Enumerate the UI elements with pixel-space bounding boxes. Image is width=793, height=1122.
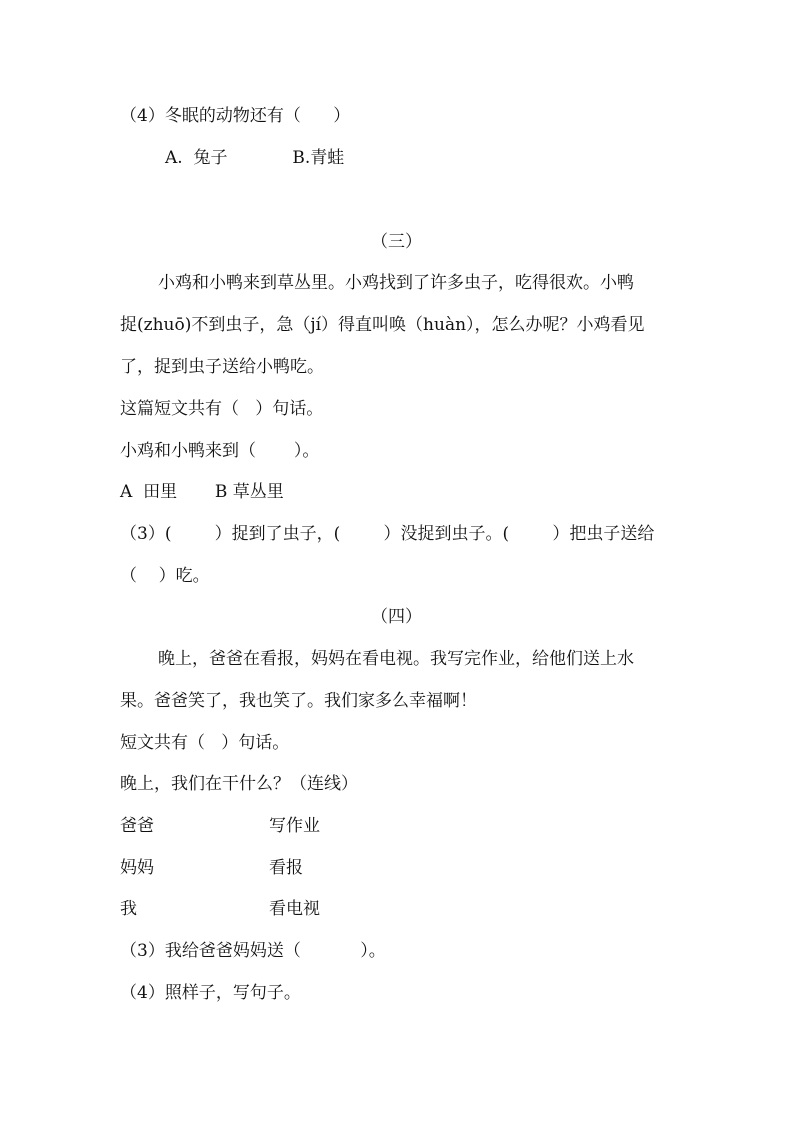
section-4-question-2: 晚上，我们在干什么？（连线） [120, 772, 358, 796]
section-3-question-3-line-2: （ ）吃。 [120, 564, 210, 588]
section-4-question-1: 短文共有（ ）句话。 [120, 731, 289, 755]
section-3-question-3-line-1: （3）( ）捉到了虫子，( ）没捉到虫子。( ）把虫子送给 [120, 522, 654, 546]
question-4-options: A. 兔子 B.青蛙 [165, 146, 344, 170]
match-right-1: 写作业 [269, 814, 320, 838]
match-left-1: 爸爸 [120, 814, 154, 838]
section-4-paragraph-line-1: 晚上，爸爸在看报，妈妈在看电视。我写完作业，给他们送上水 [158, 647, 634, 671]
section-3-paragraph-line-2: 捉(zhuō)不到虫子，急（jí）得直叫唤（huàn），怎么办呢？小鸡看见 [120, 313, 645, 337]
question-4-prev: （4）冬眠的动物还有（ ） [120, 104, 350, 128]
section-4-paragraph-line-2: 果。爸爸笑了，我也笑了。我们家多么幸福啊！ [120, 689, 477, 713]
match-right-3: 看电视 [269, 897, 320, 921]
section-3-title: （三） [0, 230, 793, 254]
section-3-question-1: 这篇短文共有（ ）句话。 [120, 397, 323, 421]
match-left-2: 妈妈 [120, 856, 154, 880]
section-4-question-4: （4）照样子，写句子。 [120, 981, 301, 1005]
section-3-question-2-options: A 田里 B 草丛里 [120, 480, 284, 504]
section-4-question-3: （3）我给爸爸妈妈送（ ）。 [120, 939, 386, 963]
section-4-title: （四） [0, 605, 793, 629]
section-3-paragraph-line-1: 小鸡和小鸭来到草丛里。小鸡找到了许多虫子，吃得很欢。小鸭 [158, 271, 634, 295]
match-right-2: 看报 [269, 856, 303, 880]
section-3-question-2: 小鸡和小鸭来到（ ）。 [120, 439, 319, 463]
match-left-3: 我 [120, 897, 137, 921]
section-3-paragraph-line-3: 了，捉到虫子送给小鸭吃。 [120, 355, 324, 379]
